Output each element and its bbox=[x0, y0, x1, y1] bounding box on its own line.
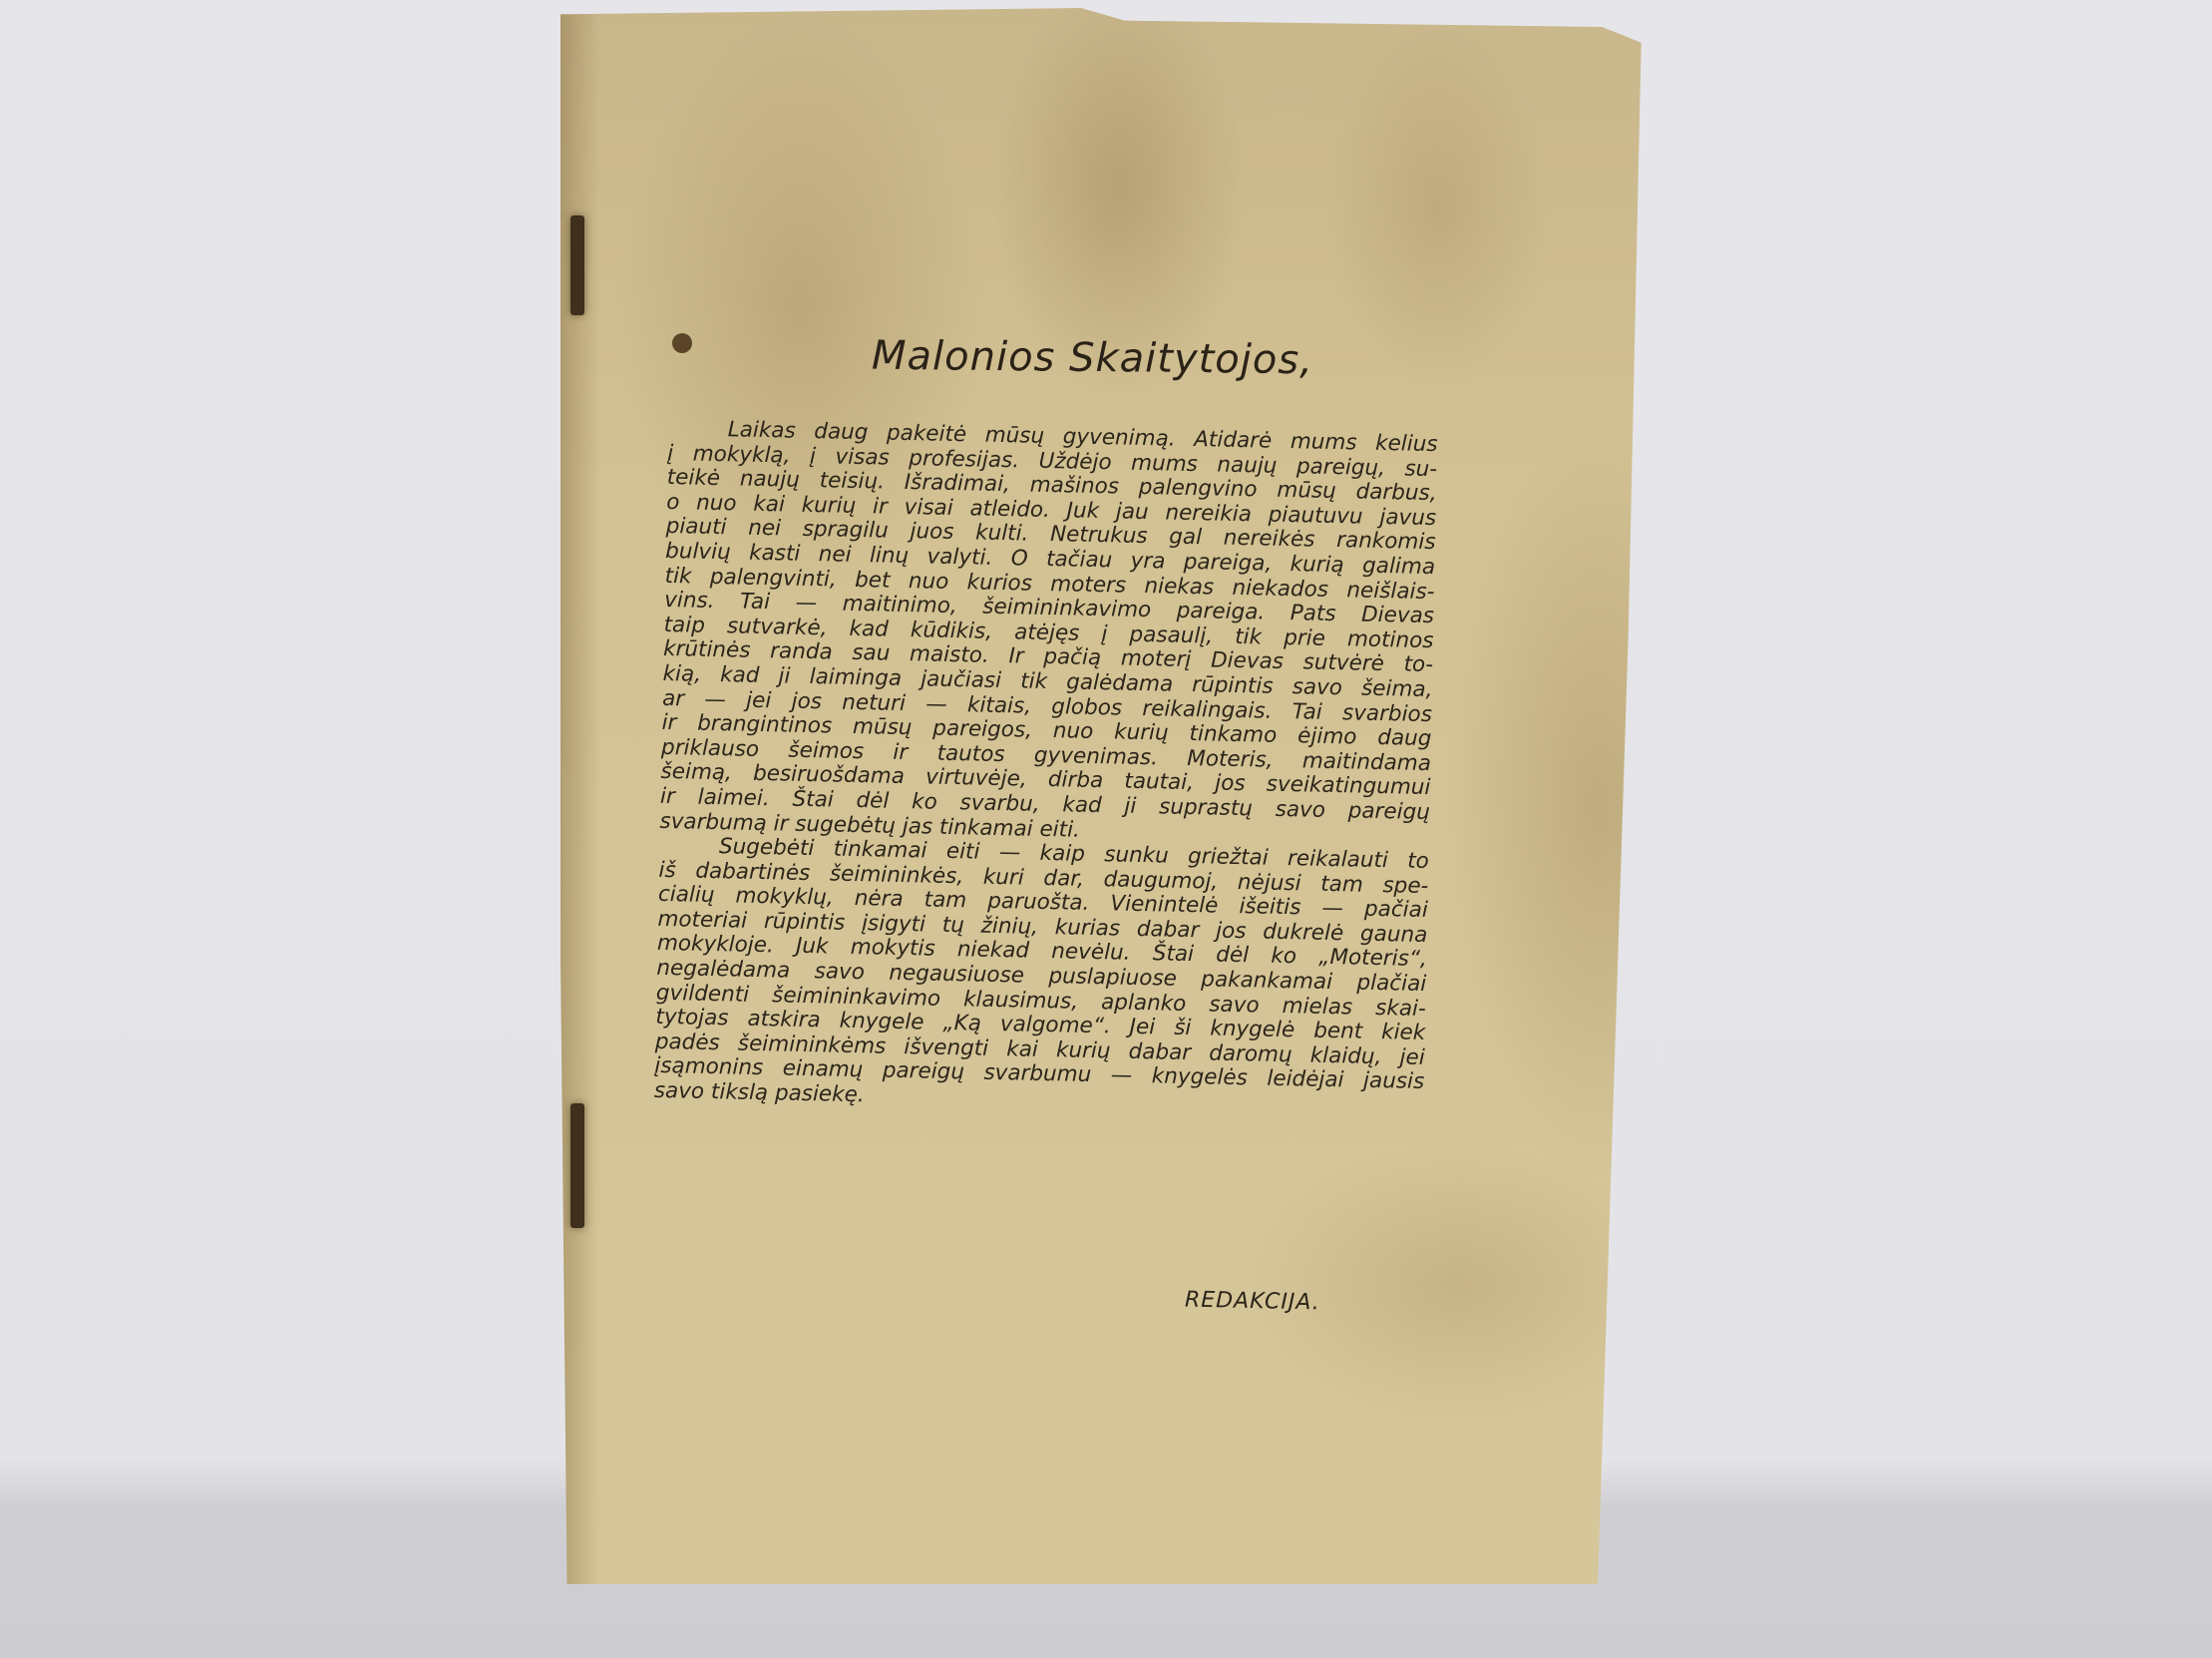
signature: REDAKCIJA. bbox=[1185, 1288, 1320, 1316]
ink-stain bbox=[672, 333, 692, 353]
paragraph-1: Laikas daug pakeitė mūsų gyvenimą. Atida… bbox=[659, 417, 1438, 850]
paragraph-2: Sugebėti tinkamai eiti — kaip sunku grie… bbox=[654, 834, 1429, 1120]
letter-body: Laikas daug pakeitė mūsų gyvenimą. Atida… bbox=[654, 417, 1438, 1120]
page-title: Malonios Skaitytojos, bbox=[872, 333, 1313, 384]
document-page: Malonios Skaitytojos, Laikas daug pakeit… bbox=[560, 8, 1646, 1584]
staple-bottom bbox=[570, 1103, 584, 1228]
staple-top bbox=[570, 215, 584, 315]
